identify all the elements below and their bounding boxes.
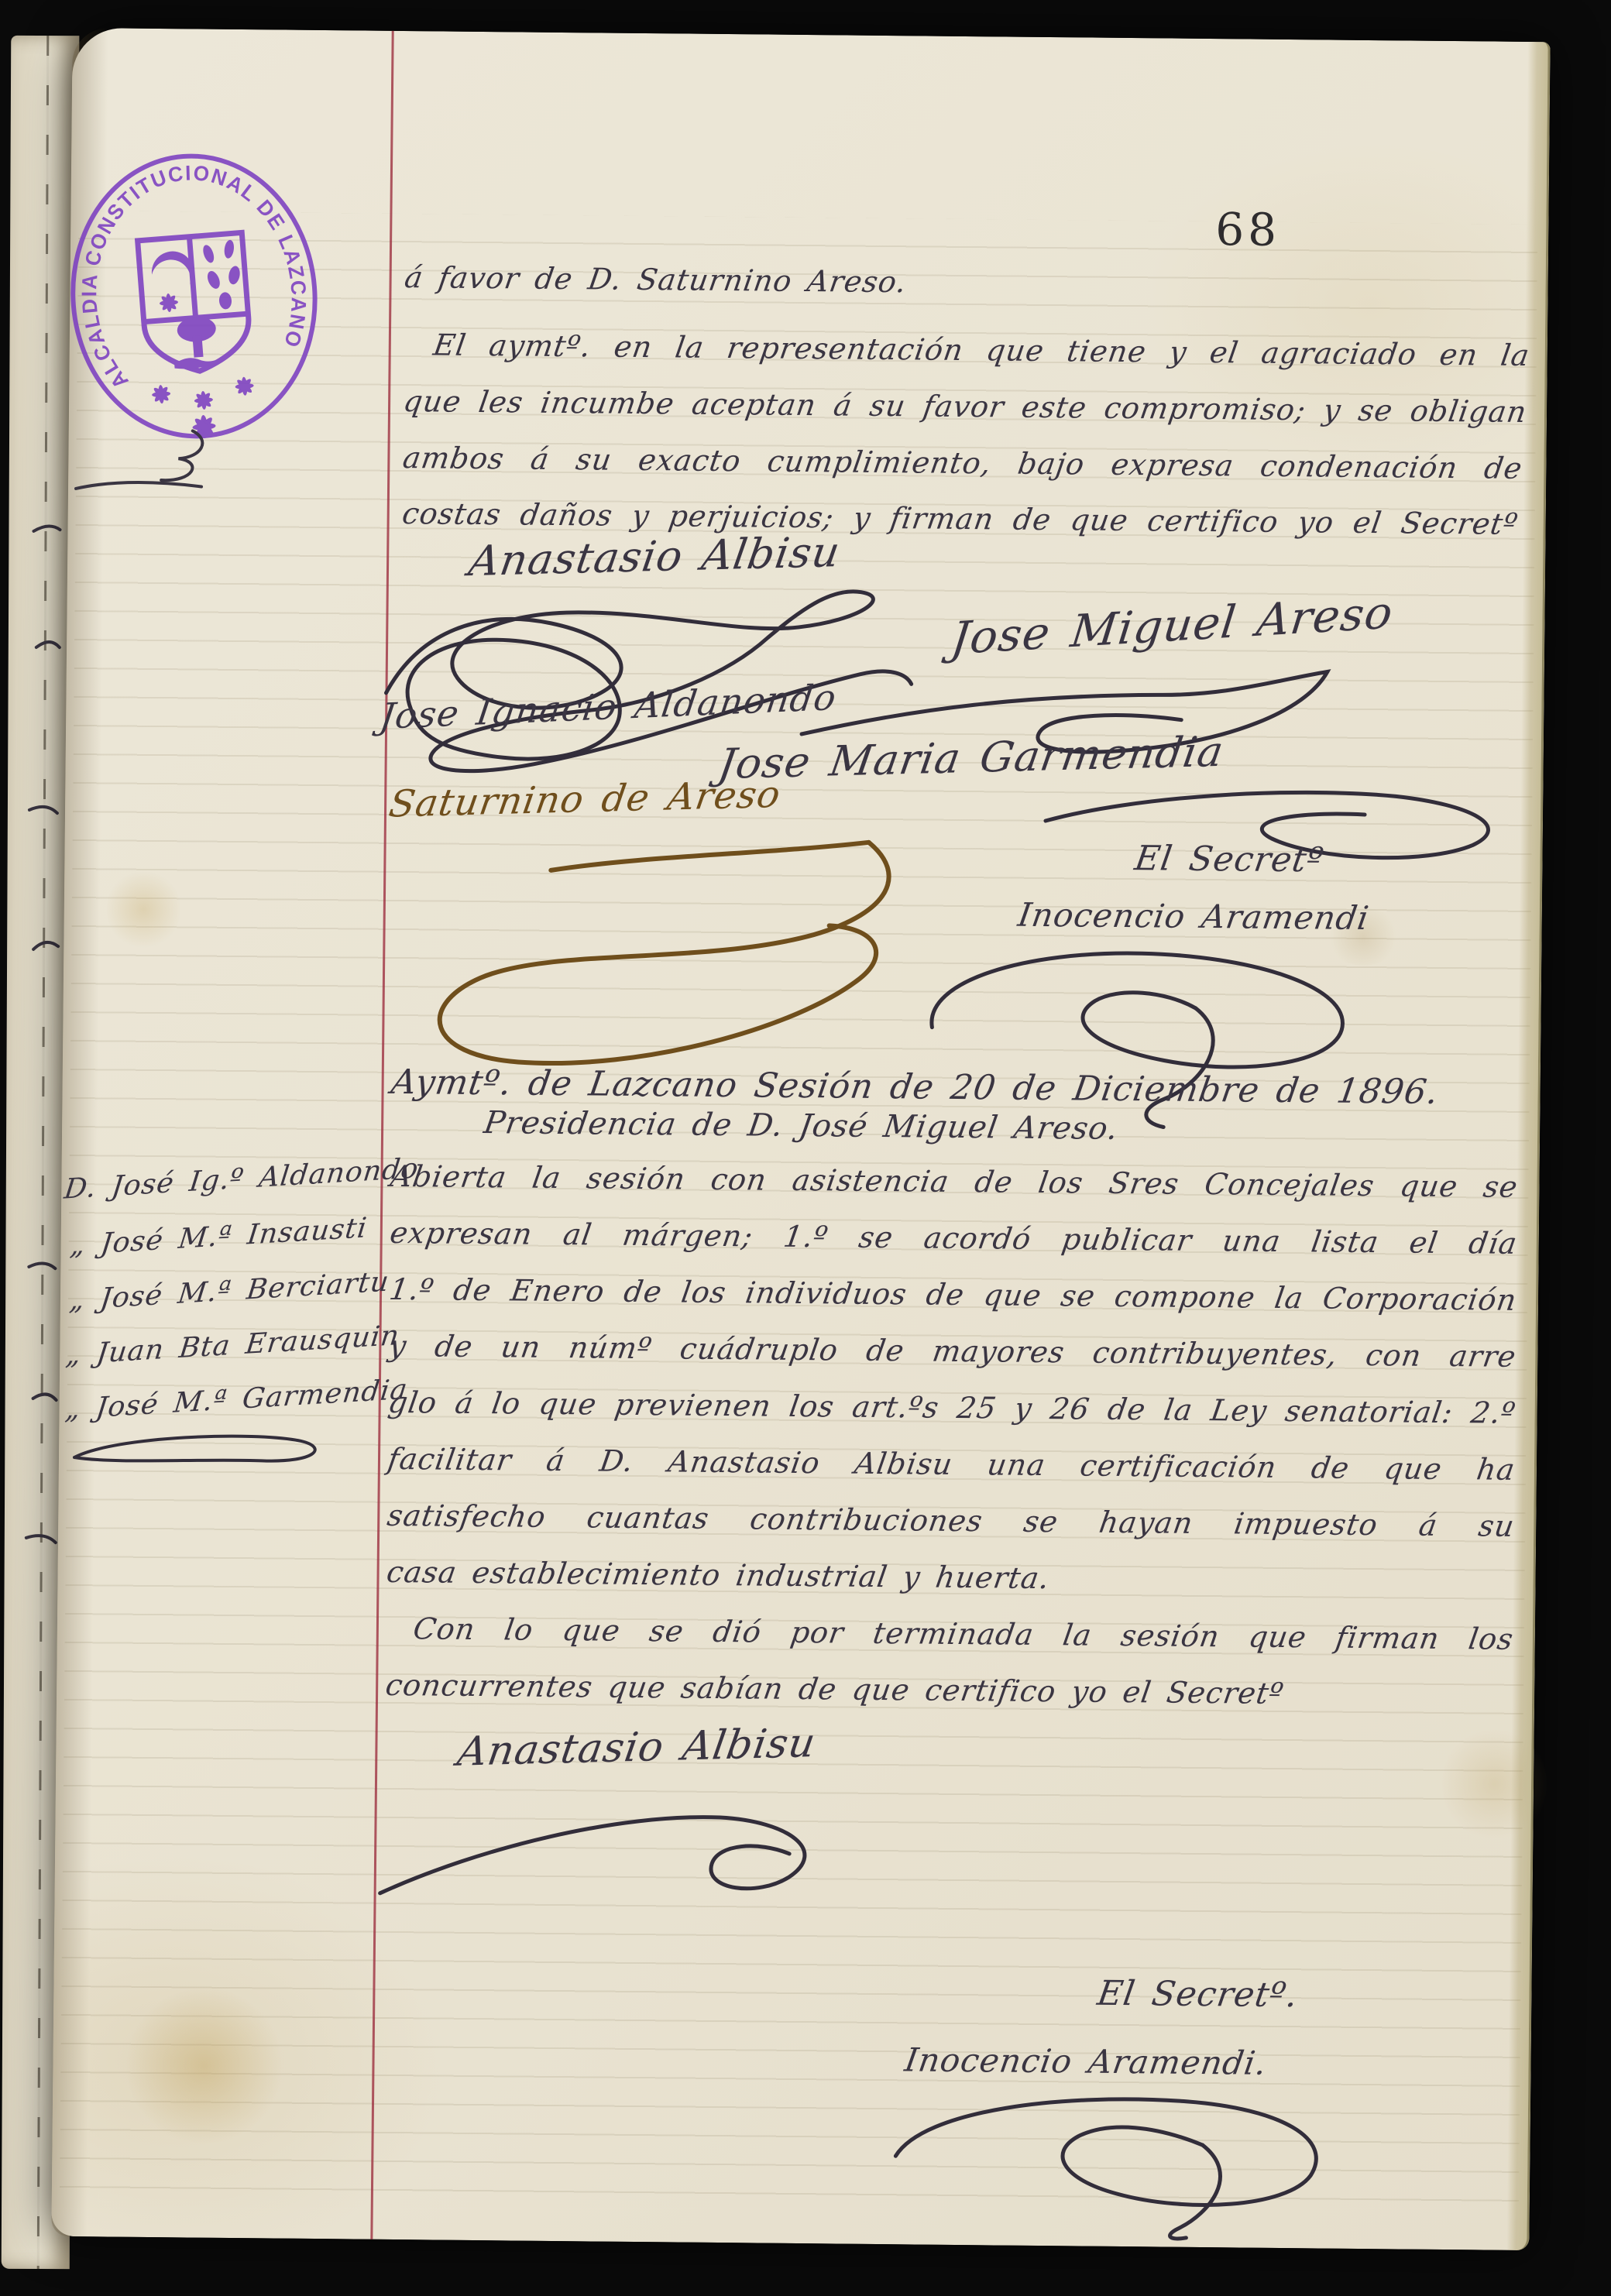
margin-attendee: D. José Ig.º Aldanondo [62, 1151, 421, 1207]
body-line: Con lo que se dió por terminada la sesió… [410, 1611, 1516, 1658]
signature-jose-miguel-areso: Jose Miguel Areso [948, 585, 1396, 667]
municipal-stamp: ALCALDIA CONSTITUCIONAL DE LAZCANO [50, 136, 339, 458]
intro-line: ambos á su exacto cumplimiento, bajo exp… [400, 440, 1525, 487]
pen-squiggle [68, 419, 220, 498]
body-line: glo á lo que previenen los art.ºs 25 y 2… [386, 1385, 1518, 1432]
margin-attendee: „ José M.ª Garmendia [64, 1372, 410, 1427]
body-line: Abierta la sesión con asistencia de los … [388, 1158, 1520, 1206]
flourish-closing-aramendi [876, 2086, 1373, 2246]
stamp-crescent-icon [150, 250, 194, 287]
intro-line: El aymtº. en la representación que tiene… [431, 327, 1532, 374]
page-number: 68 [1215, 203, 1280, 256]
stamp-tree-icon [171, 315, 226, 370]
presidency-line: Presidencia de D. José Miguel Areso. [481, 1103, 1121, 1148]
closing-secretary-title: El Secretº. [1094, 1972, 1301, 2016]
margin-attendee: „ Juan Bta Erausquin [64, 1318, 402, 1372]
body-line: expresan al márgen; 1.º se acordó public… [387, 1215, 1520, 1262]
body-line: satisfecho cuantas contribuciones se hay… [385, 1498, 1517, 1545]
flourish-margin [68, 1428, 340, 1477]
closing-signature-anastasio: Anastasio Albisu [454, 1718, 819, 1777]
intro-line: que les incumbe aceptan á su favor este … [401, 383, 1530, 431]
signature-inocencio-aramendi: Inocencio Aramendi [1015, 895, 1372, 939]
margin-attendee: „ José M.ª Insausti [68, 1210, 369, 1263]
margin-attendee: „ José M.ª Berciartu [67, 1265, 391, 1318]
body-line: y de un númº cuádruplo de mayores contri… [386, 1328, 1519, 1375]
stain [125, 1984, 282, 2148]
body-line: facilitar á D. Anastasio Albisu una cert… [385, 1441, 1517, 1488]
stain [1441, 1725, 1547, 1842]
flourish-closing-anastasio [370, 1793, 852, 1941]
body-line: concurrentes que sabían de que certifico… [383, 1667, 1286, 1713]
stain [106, 868, 180, 950]
stamp-leaves-icon [201, 239, 245, 311]
manuscript-page: ALCALDIA CONSTITUCIONAL DE LAZCANO [51, 28, 1550, 2250]
intro-line: á favor de D. Saturnino Areso. [402, 259, 909, 301]
signature-saturnino-de-areso: Saturnino de Areso [386, 771, 784, 828]
body-line: casa establecimiento industrial y huerta… [384, 1554, 1053, 1598]
body-line: 1.º de Enero de los individuos de que se… [387, 1272, 1520, 1319]
secretary-title: El Secretº [1132, 837, 1327, 881]
closing-secretary-name: Inocencio Aramendi. [902, 2040, 1270, 2084]
